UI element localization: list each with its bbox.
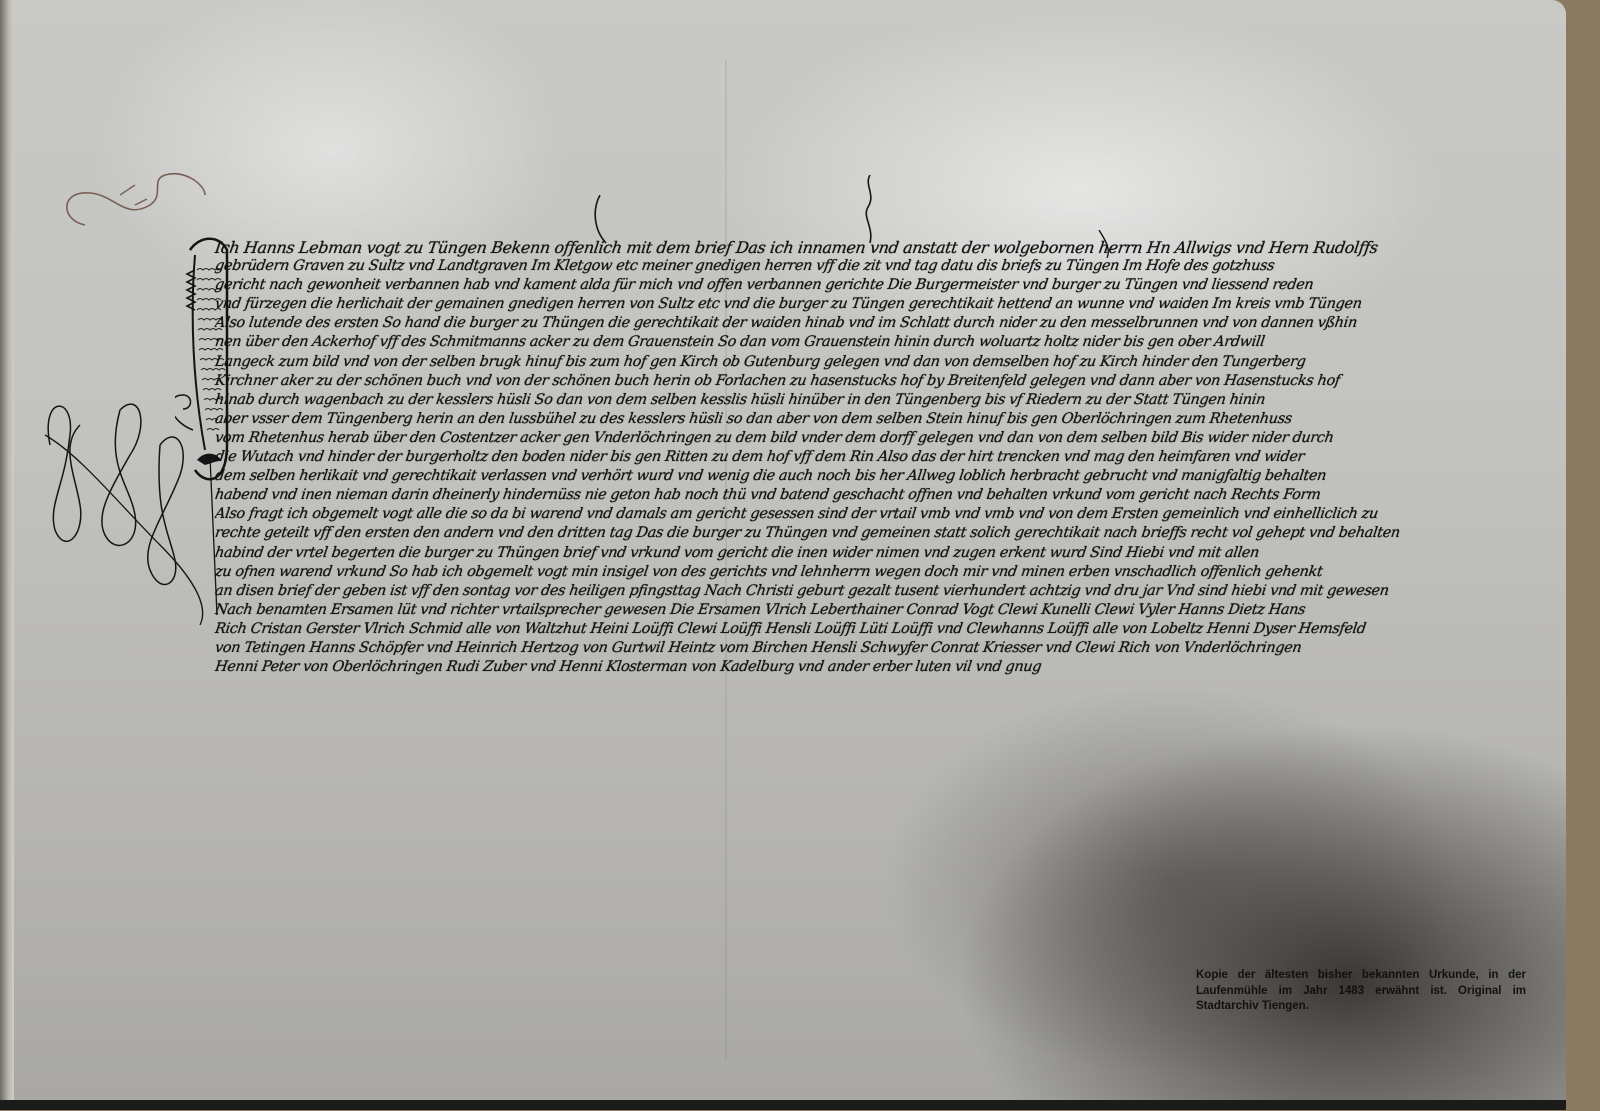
book-spine-edge xyxy=(0,0,14,1100)
manuscript-line: Ich Hanns Lebman vogt zu Tüngen Bekenn o… xyxy=(214,238,1562,257)
manuscript-line: Langeck zum bild vnd von der selben brug… xyxy=(214,353,1562,372)
manuscript-line: habend vnd inen nieman darin dheinerly h… xyxy=(214,486,1562,505)
ascender-flourish-icon xyxy=(862,175,878,245)
figure-caption: Kopie der ältesten bisher bekannten Urku… xyxy=(1196,968,1526,1015)
paraph-loops-icon xyxy=(40,395,220,625)
document-page: Ich Hanns Lebman vogt zu Tüngen Bekenn o… xyxy=(0,0,1566,1110)
manuscript-line: an disen brief der geben ist vff den son… xyxy=(214,582,1562,601)
manuscript-line: aber vsser dem Tüngenberg herin an den l… xyxy=(214,410,1562,429)
manuscript-line: gericht nach gewonheit verbannen hab vnd… xyxy=(214,276,1562,295)
manuscript-line: dem selben herlikait vnd gerechtikait ve… xyxy=(214,467,1562,486)
manuscript-line: zu ofnen warend vrkund So hab ich obgeme… xyxy=(214,563,1562,582)
manuscript-text-block: Ich Hanns Lebman vogt zu Tüngen Bekenn o… xyxy=(215,238,1560,677)
manuscript-line: hinab durch wagenbach zu der kesslers hü… xyxy=(214,391,1562,410)
manuscript-line: gebrüdern Graven zu Sultz vnd Landtgrave… xyxy=(214,257,1562,276)
manuscript-line: von Tetingen Hanns Schöpfer vnd Heinrich… xyxy=(214,639,1562,658)
manuscript-line: rechte geteilt vff den ersten den andern… xyxy=(214,524,1562,543)
manuscript-line: Henni Peter von Oberlöchringen Rudi Zube… xyxy=(214,658,1562,677)
manuscript-line: Nach benamten Ersamen lüt vnd richter vr… xyxy=(214,601,1562,620)
ornamental-flourish-icon xyxy=(55,165,235,245)
manuscript-line: nen über den Ackerhof vff des Schmitmann… xyxy=(214,333,1562,352)
manuscript-line: Also lutende des ersten So hand die burg… xyxy=(214,314,1562,333)
manuscript-line: Also fragt ich obgemelt vogt alle die so… xyxy=(214,505,1562,524)
manuscript-line: Rich Cristan Gerster Vlrich Schmid alle … xyxy=(214,620,1562,639)
manuscript-line: habind der vrtel begerten die burger zu … xyxy=(214,544,1562,563)
manuscript-line: die Wutach vnd hinder der burgerholtz de… xyxy=(214,448,1562,467)
manuscript-line: vnd fürzegen die herlichait der gemainen… xyxy=(214,295,1562,314)
manuscript-line: Kirchner aker zu der schönen buch vnd vo… xyxy=(214,372,1562,391)
manuscript-line: vom Rhetenhus herab über den Costentzer … xyxy=(214,429,1562,448)
